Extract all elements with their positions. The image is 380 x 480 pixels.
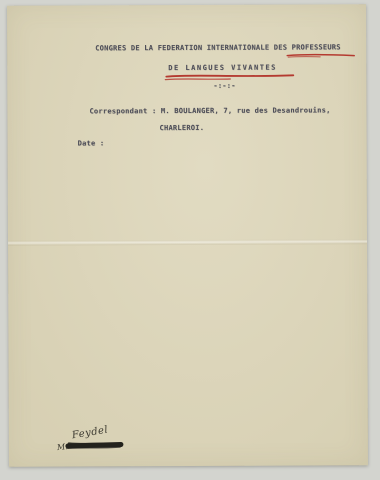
paper-sheet: CONGRES DE LA FEDERATION INTERNATIONALE … xyxy=(7,4,368,467)
scan-background: { "document": { "header": { "title_line1… xyxy=(0,0,380,480)
handwritten-name: Feydel xyxy=(71,425,109,442)
title-separator: -:-:- xyxy=(213,82,235,90)
fold-crease xyxy=(8,239,367,246)
correspondent-line: Correspondant : M. BOULANGER, 7, rue des… xyxy=(89,106,330,115)
correspondent-city: CHARLEROI. xyxy=(160,124,205,132)
congress-title-line2: DE LANGUES VIVANTES xyxy=(168,64,277,72)
date-label: Date : xyxy=(78,139,105,147)
red-underline-langues-vivantes xyxy=(164,73,296,82)
ink-scribble-redaction xyxy=(66,440,124,450)
congress-title-line1: CONGRES DE LA FEDERATION INTERNATIONALE … xyxy=(95,43,341,52)
red-underline-professeurs xyxy=(286,52,356,58)
